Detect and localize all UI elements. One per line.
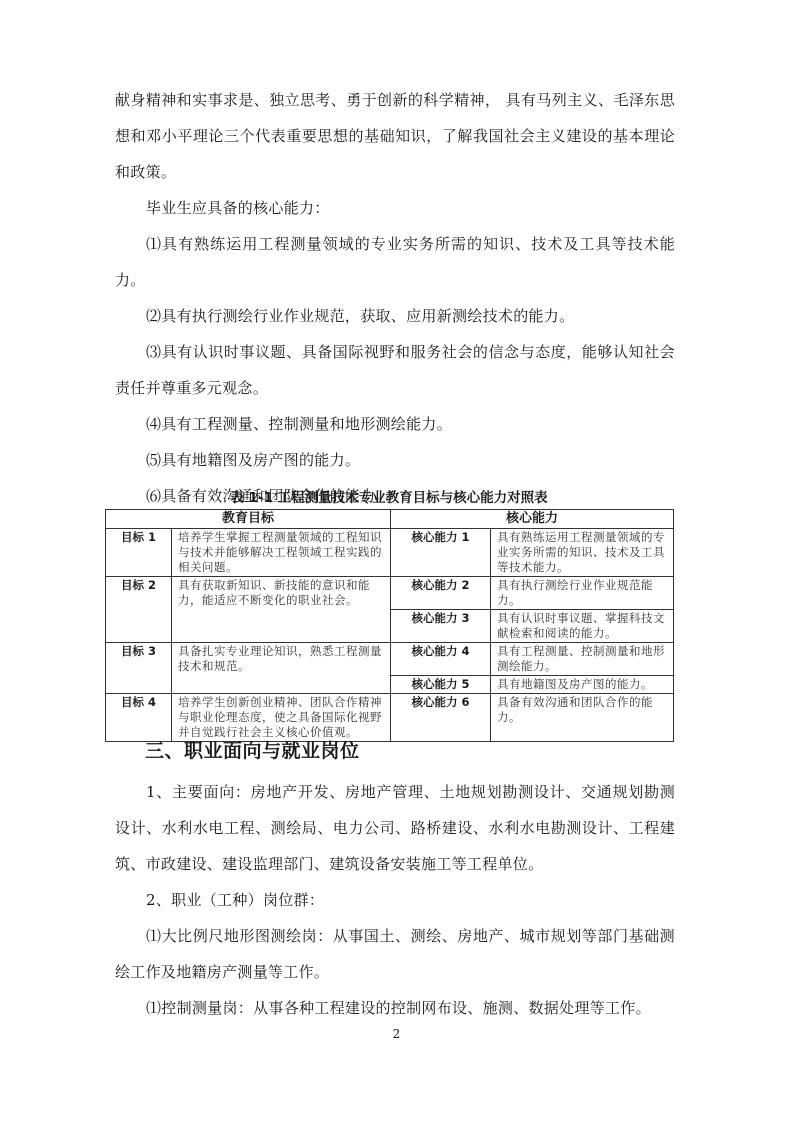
ability-label: 核心能力 4 [391, 643, 491, 676]
section-heading: 三、职业面向与就业岗位 [145, 736, 360, 766]
ability-text: 具有熟练运用工程测量领域的专业实务所需的知识、技术及工具等技术能力。 [491, 529, 674, 577]
job-group-heading: 2、职业（工种）岗位群： [115, 882, 675, 918]
table-caption: 表 1-1 工程测量技术专业教育目标与核心能力对照表 [105, 489, 673, 507]
job-item-2: ⑴控制测量岗：从事各种工程建设的控制网布设、施测、数据处理等工作。 [115, 990, 675, 1026]
core-abilities-heading: 毕业生应具备的核心能力： [115, 190, 675, 226]
ability-label: 核心能力 3 [391, 610, 491, 643]
table-row: 目标 1 培养学生掌握工程测量领域的工程知识与技术并能够解决工程领域工程实践的相… [106, 529, 674, 577]
document-page: 献身精神和实事求是、独立思考、勇于创新的科学精神， 具有马列主义、毛泽东思想和邓… [0, 0, 793, 1122]
goals-abilities-table: 教育目标 核心能力 目标 1 培养学生掌握工程测量领域的工程知识与技术并能够解决… [105, 509, 674, 742]
intro-continuation-paragraph: 献身精神和实事求是、独立思考、勇于创新的科学精神， 具有马列主义、毛泽东思想和邓… [115, 82, 675, 190]
ability-text: 具有地籍图及房产图的能力。 [491, 676, 674, 694]
job-item-1: ⑴大比例尺地形图测绘岗：从事国土、测绘、房地产、城市规划等部门基础测绘工作及地籍… [115, 918, 675, 990]
ability-label: 核心能力 1 [391, 529, 491, 577]
ability-text: 具有工程测量、控制测量和地形测绘能力。 [491, 643, 674, 676]
ability-item-1: ⑴具有熟练运用工程测量领域的专业实务所需的知识、技术及工具等技术能力。 [115, 226, 675, 298]
goal-text: 具有获取新知识、新技能的意识和能力，能适应不断变化的职业社会。 [172, 577, 391, 643]
ability-item-2: ⑵具有执行测绘行业作业规范，获取、应用新测绘技术的能力。 [115, 298, 675, 334]
ability-item-3: ⑶具有认识时事议题、具备国际视野和服务社会的信念与态度，能够认知社会责任并尊重多… [115, 334, 675, 406]
header-education-goals: 教育目标 [106, 510, 391, 529]
goal-label: 目标 3 [106, 643, 172, 694]
goal-text: 培养学生掌握工程测量领域的工程知识与技术并能够解决工程领域工程实践的相关问题。 [172, 529, 391, 577]
main-direction-paragraph: 1、主要面向：房地产开发、房地产管理、土地规划勘测设计、交通规划勘测设计、水利水… [115, 774, 675, 882]
header-core-abilities: 核心能力 [391, 510, 674, 529]
table-row: 目标 2 具有获取新知识、新技能的意识和能力，能适应不断变化的职业社会。 核心能… [106, 577, 674, 610]
page-number: 2 [0, 1026, 793, 1042]
ability-text: 具有认识时事议题、掌握科技文献检索和阅读的能力。 [491, 610, 674, 643]
ability-label: 核心能力 2 [391, 577, 491, 610]
goal-text: 培养学生创新创业精神、团队合作精神与职业伦理态度，使之具备国际化视野并自觉践行社… [172, 694, 391, 742]
ability-item-5: ⑸具有地籍图及房产图的能力。 [115, 442, 675, 478]
ability-label: 核心能力 5 [391, 676, 491, 694]
ability-text: 具有执行测绘行业作业规范能力。 [491, 577, 674, 610]
goal-label: 目标 4 [106, 694, 172, 742]
table-row: 目标 4 培养学生创新创业精神、团队合作精神与职业伦理态度，使之具备国际化视野并… [106, 694, 674, 742]
goal-text: 具备扎实专业理论知识，熟悉工程测量技术和规范。 [172, 643, 391, 694]
ability-text: 具备有效沟通和团队合作的能力。 [491, 694, 674, 742]
ability-label: 核心能力 6 [391, 694, 491, 742]
table-row: 目标 3 具备扎实专业理论知识，熟悉工程测量技术和规范。 核心能力 4 具有工程… [106, 643, 674, 676]
goal-label: 目标 1 [106, 529, 172, 577]
ability-item-4: ⑷具有工程测量、控制测量和地形测绘能力。 [115, 406, 675, 442]
goal-label: 目标 2 [106, 577, 172, 643]
